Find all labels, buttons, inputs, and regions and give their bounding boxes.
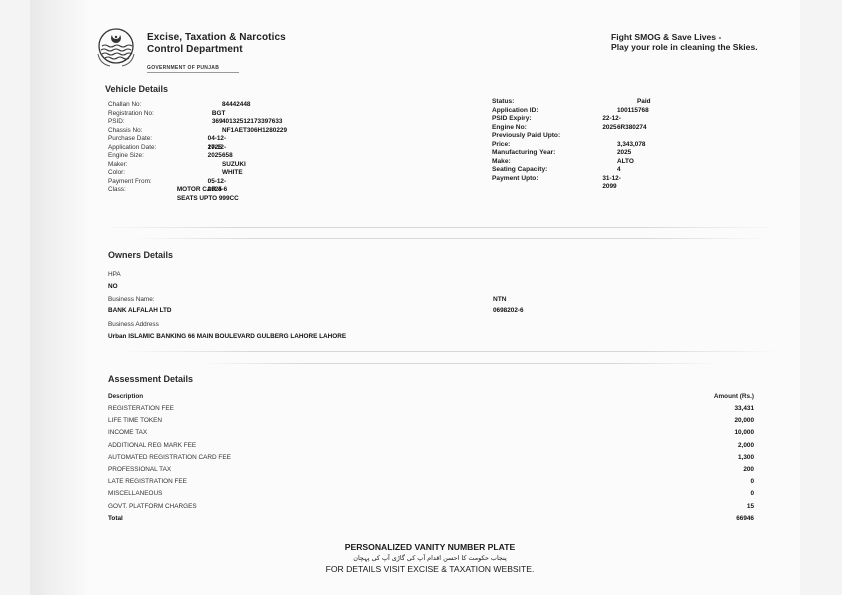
section-divider — [200, 363, 720, 364]
detail-label: Engine No: — [492, 124, 617, 133]
vehicle-details-title: Vehicle Details — [105, 84, 168, 94]
punjab-emblem-icon — [94, 26, 138, 70]
vanity-plate-title: PERSONALIZED VANITY NUMBER PLATE — [290, 542, 570, 552]
department-name: Excise, Taxation & Narcotics Control Dep… — [147, 32, 286, 74]
fee-amount: 2,000 — [738, 442, 754, 449]
fee-amount: 33,431 — [734, 405, 754, 412]
detail-label: Maker: — [108, 161, 222, 170]
owners-details-title: Owners Details — [108, 250, 173, 260]
fee-amount: 0 — [750, 478, 754, 485]
detail-value: 3,343,078 — [617, 141, 645, 150]
assessment-row: REGISTERATION FEE33,431 — [108, 405, 754, 412]
assessment-row: ADDITIONAL REG MARK FEE2,000 — [108, 442, 754, 449]
detail-value: 658 — [222, 152, 233, 161]
detail-row: Status:Paid — [492, 98, 651, 107]
total-amount: 66946 — [736, 515, 754, 522]
fee-description: AUTOMATED REGISTRATION CARD FEE — [108, 454, 231, 461]
detail-label: Application ID: — [492, 107, 617, 116]
detail-label: Status: — [492, 98, 617, 107]
detail-value: WHITE — [222, 169, 243, 178]
fee-description: GOVT. PLATFORM CHARGES — [108, 503, 197, 510]
fee-amount: 10,000 — [734, 429, 754, 436]
detail-row: Previously Paid Upto: — [492, 132, 617, 141]
assessment-row: GOVT. PLATFORM CHARGES15 — [108, 503, 754, 510]
business-name-value: BANK ALFALAH LTD — [108, 307, 172, 316]
fee-description: LIFE TIME TOKEN — [108, 417, 162, 424]
detail-value: 40132512173397633 — [222, 118, 282, 127]
amount-column-header: Amount (Rs.) — [714, 393, 754, 400]
detail-label: PSID: — [108, 118, 222, 127]
assessment-total-row: Total 66946 — [108, 515, 754, 522]
detail-row: PSID:40132512173397633 — [108, 118, 282, 127]
fee-amount: 0 — [750, 490, 754, 497]
detail-label: Color: — [108, 169, 222, 178]
detail-row: Class:MOTOR CAR 4-6 SEATS UPTO 999CC — [108, 186, 246, 203]
urdu-tagline: پنجاب حکومت کا احسن اقدام آپ کی گاڑی آپ … — [290, 554, 570, 562]
detail-label: Manufacturing Year: — [492, 149, 617, 158]
assessment-row: LATE REGISTRATION FEE0 — [108, 478, 754, 485]
detail-row: Color:WHITE — [108, 169, 243, 178]
detail-row: Chassis No:NF1AET306H1280229 — [108, 127, 287, 136]
detail-row: Engine No:6R380274 — [492, 124, 647, 133]
fee-description: ADDITIONAL REG MARK FEE — [108, 442, 196, 449]
assessment-row: INCOME TAX10,000 — [108, 429, 754, 436]
fee-amount: 1,300 — [738, 454, 754, 461]
fee-amount: 15 — [747, 503, 754, 510]
assessment-row: MISCELLANEOUS0 — [108, 490, 754, 497]
detail-label: Payment Upto: — [492, 175, 602, 192]
detail-label: Challan No: — [108, 101, 222, 110]
detail-row: Manufacturing Year:2025 — [492, 149, 631, 158]
smog-slogan: Fight SMOG & Save Lives - Play your role… — [611, 32, 758, 52]
business-address-value: Urban ISLAMIC BANKING 66 MAIN BOULEVARD … — [108, 333, 346, 342]
business-address-label: Business Address — [108, 321, 159, 330]
description-column-header: Description — [108, 393, 143, 400]
assessment-row: AUTOMATED REGISTRATION CARD FEE1,300 — [108, 454, 754, 461]
detail-value: 2025 — [617, 149, 631, 158]
detail-row: Price:3,343,078 — [492, 141, 645, 150]
vanity-plate-notice: PERSONALIZED VANITY NUMBER PLATE پنجاب ح… — [290, 542, 570, 574]
detail-value: 6R380274 — [617, 124, 647, 133]
fee-amount: 200 — [743, 466, 754, 473]
detail-row: Application ID:100115768 — [492, 107, 649, 116]
detail-label: Class: — [108, 186, 177, 203]
detail-value: ALTO — [617, 158, 634, 167]
detail-row: Seating Capacity:4 — [492, 166, 621, 175]
department-line-1: Excise, Taxation & Narcotics — [147, 32, 286, 44]
business-name-label: Business Name: — [108, 296, 155, 305]
detail-row: Engine Size:658 — [108, 152, 233, 161]
detail-label: Previously Paid Upto: — [492, 132, 617, 141]
detail-value: NF1AET306H1280229 — [222, 127, 287, 136]
fee-description: PROFESSIONAL TAX — [108, 466, 171, 473]
slogan-line-1: Fight SMOG & Save Lives - — [611, 32, 758, 42]
section-divider — [100, 227, 780, 228]
assessment-row: LIFE TIME TOKEN20,000 — [108, 417, 754, 424]
total-label: Total — [108, 515, 123, 522]
detail-label: Chassis No: — [108, 127, 222, 136]
hpa-value: NO — [108, 283, 118, 292]
detail-value: 4 — [617, 166, 621, 175]
ntn-value: 0698202-6 — [493, 307, 524, 316]
ntn-label: NTN — [493, 296, 507, 305]
detail-row: Payment Upto:31-12-2099 — [492, 175, 631, 192]
fee-description: INCOME TAX — [108, 429, 147, 436]
detail-row: Make:ALTO — [492, 158, 634, 167]
detail-value: Paid — [617, 98, 651, 107]
section-divider — [120, 351, 780, 352]
page-shadow — [30, 0, 90, 595]
section-divider — [130, 238, 770, 239]
assessment-row: PROFESSIONAL TAX200 — [108, 466, 754, 473]
assessment-details-title: Assessment Details — [108, 374, 193, 384]
detail-label: Price: — [492, 141, 617, 150]
detail-value: MOTOR CAR 4-6 SEATS UPTO 999CC — [177, 186, 246, 203]
fee-description: REGISTERATION FEE — [108, 405, 174, 412]
detail-value: 31-12-2099 — [602, 175, 631, 192]
detail-label: Seating Capacity: — [492, 166, 617, 175]
detail-value: 100115768 — [617, 107, 649, 116]
slogan-line-2: Play your role in cleaning the Skies. — [611, 42, 758, 52]
government-label: GOVERNMENT OF PUNJAB — [147, 64, 239, 73]
fee-description: MISCELLANEOUS — [108, 490, 162, 497]
department-line-2: Control Department — [147, 44, 286, 56]
detail-label: Make: — [492, 158, 617, 167]
detail-value: SUZUKI — [222, 161, 246, 170]
detail-value: 84442448 — [222, 101, 250, 110]
fee-description: LATE REGISTRATION FEE — [108, 478, 187, 485]
detail-row: Challan No:84442448 — [108, 101, 250, 110]
hpa-label: HPA — [108, 271, 121, 280]
detail-label: Engine Size: — [108, 152, 222, 161]
website-notice: FOR DETAILS VISIT EXCISE & TAXATION WEBS… — [290, 564, 570, 574]
assessment-header-row: Description Amount (Rs.) — [108, 393, 754, 400]
fee-amount: 20,000 — [734, 417, 754, 424]
detail-row: Maker:SUZUKI — [108, 161, 246, 170]
